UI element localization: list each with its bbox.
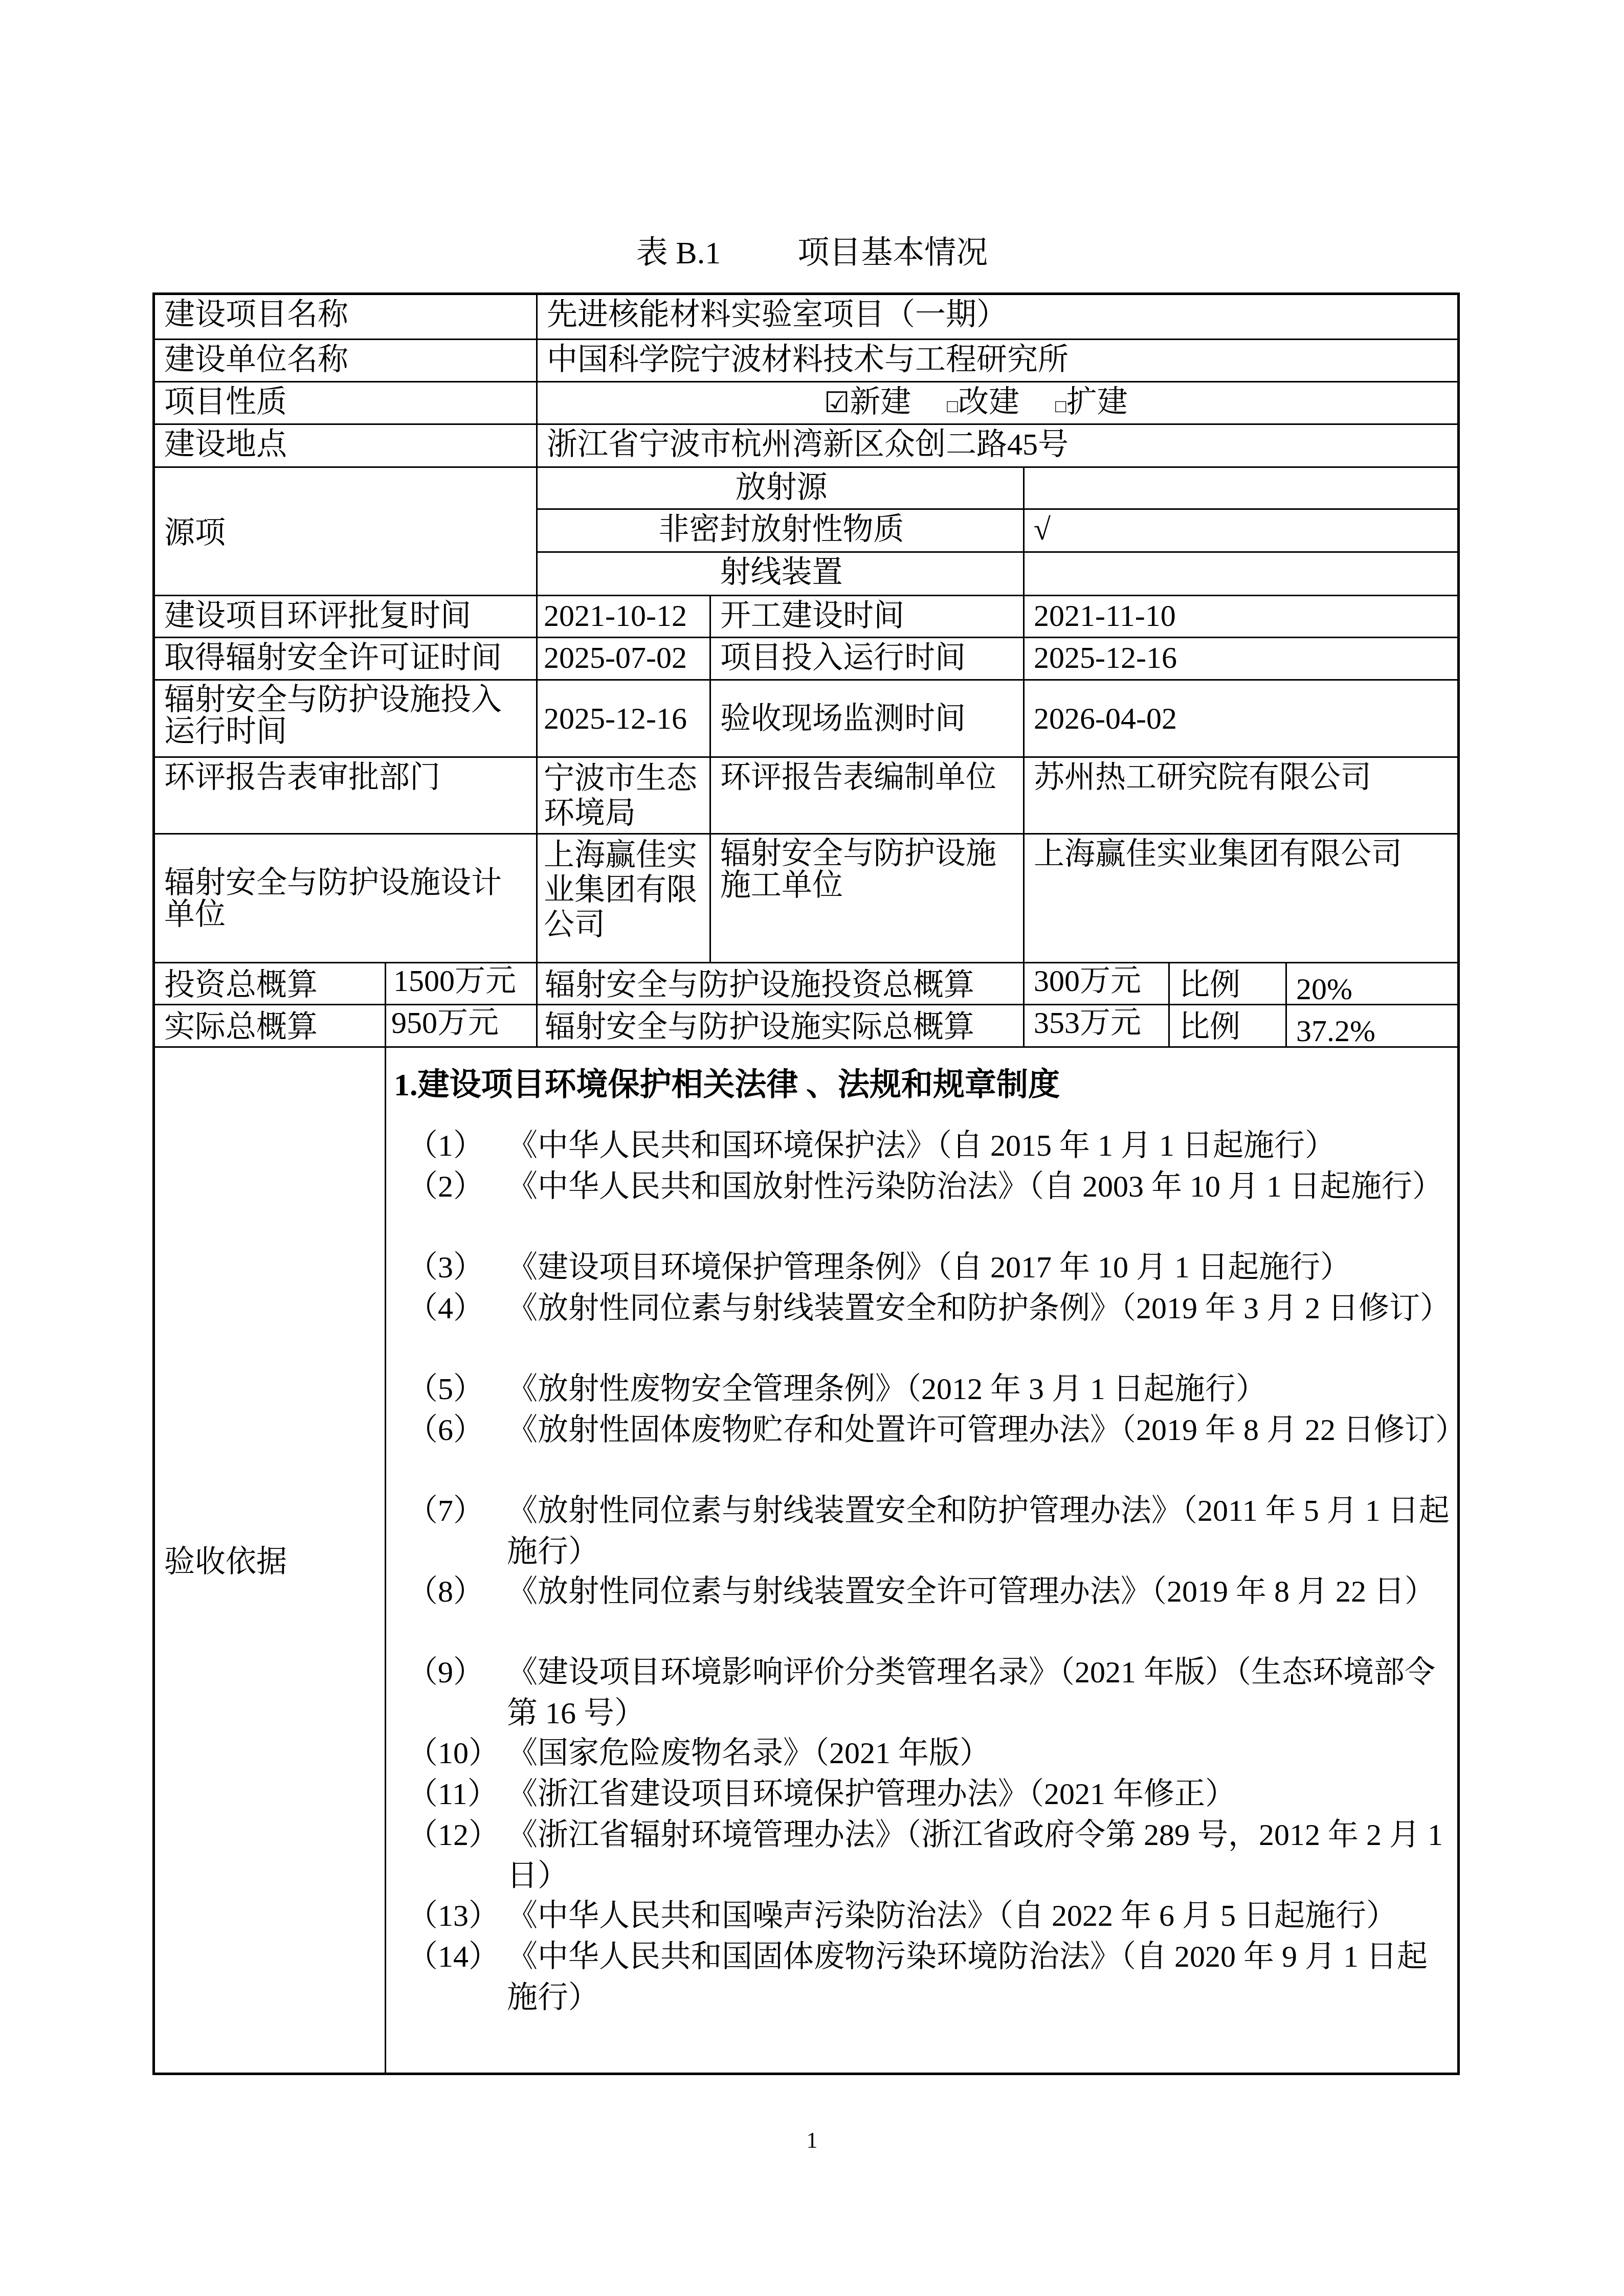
label-acceptance-basis: 验收依据 xyxy=(155,1048,385,2075)
list-item: （1）《中华人民共和国环境保护法》（自 2015 年 1 月 1 日起施行） xyxy=(407,1125,1456,1166)
source-mark-unsealed: √ xyxy=(1025,510,1460,551)
value-eia-compiler: 苏州热工研究院有限公司 xyxy=(1025,758,1460,833)
label-license-date: 取得辐射安全许可证时间 xyxy=(155,638,536,679)
label-monitoring-date: 验收现场监测时间 xyxy=(711,681,1023,756)
list-item: （9）《建设项目环境影响评价分类管理名录》（2021 年版）（生态环境部令第 1… xyxy=(407,1652,1456,1734)
label-unit-name: 建设单位名称 xyxy=(155,340,536,381)
label-invest-actual: 实际总概算 xyxy=(155,1005,385,1046)
label-project-name: 建设项目名称 xyxy=(155,295,536,339)
empty-box-icon: □ xyxy=(1055,396,1066,416)
label-ratio-plan: 比例 xyxy=(1170,963,1285,1004)
value-ratio-plan: 20% xyxy=(1287,963,1460,1004)
value-safety-invest-plan: 300万元 xyxy=(1025,963,1168,1004)
label-safety-invest-actual: 辐射安全与防护设施实际总概算 xyxy=(538,1005,1023,1046)
value-safety-invest-actual: 353万元 xyxy=(1025,1005,1168,1046)
nature-option-rebuild[interactable]: □改建 xyxy=(947,385,1019,419)
value-construction-start: 2021-11-10 xyxy=(1025,596,1460,637)
label-design-unit: 辐射安全与防护设施设计单位 xyxy=(155,835,536,962)
nature-option-new[interactable]: ☑新建 xyxy=(824,385,911,419)
value-design-unit: 上海赢佳实业集团有限公司 xyxy=(538,835,709,962)
list-item: （5）《放射性废物安全管理条例》（2012 年 3 月 1 日起施行） xyxy=(407,1368,1456,1409)
empty-box-icon: □ xyxy=(947,396,958,416)
list-item: （6）《放射性固体废物贮存和处置许可管理办法》（2019 年 8 月 22 日修… xyxy=(407,1409,1456,1450)
checked-box-icon: ☑ xyxy=(824,387,850,419)
value-ratio-actual: 37.2% xyxy=(1287,1005,1460,1046)
label-construction-unit: 辐射安全与防护设施施工单位 xyxy=(711,835,1023,962)
value-license-date: 2025-07-02 xyxy=(538,638,709,679)
label-invest-plan: 投资总概算 xyxy=(155,963,385,1004)
label-facility-operation-date: 辐射安全与防护设施投入运行时间 xyxy=(155,681,536,756)
value-invest-plan: 1500万元 xyxy=(386,963,536,1004)
source-item-unsealed: 非密封放射性物质 xyxy=(538,510,1023,551)
nature-option-expand[interactable]: □扩建 xyxy=(1055,385,1128,419)
list-item: （13）《中华人民共和国噪声污染防治法》（自 2022 年 6 月 5 日起施行… xyxy=(407,1895,1456,1936)
list-item: （14）《中华人民共和国固体废物污染环境防治法》（自 2020 年 9 月 1 … xyxy=(407,1936,1456,2018)
list-item: （3）《建设项目环境保护管理条例》（自 2017 年 10 月 1 日起施行） xyxy=(407,1247,1456,1288)
list-item: （4）《放射性同位素与射线装置安全和防护条例》（2019 年 3 月 2 日修订… xyxy=(407,1288,1456,1329)
value-location: 浙江省宁波市杭州湾新区众创二路45号 xyxy=(538,425,1460,466)
list-item: （12）《浙江省辐射环境管理办法》（浙江省政府令第 289 号，2012 年 2… xyxy=(407,1814,1456,1896)
value-eia-approval-date: 2021-10-12 xyxy=(538,596,709,637)
basis-heading: 1.建设项目环境保护相关法律 、法规和规章制度 xyxy=(394,1065,1060,1106)
value-unit-name: 中国科学院宁波材料技术与工程研究所 xyxy=(538,340,1460,381)
table-title: 表 B.1项目基本情况 xyxy=(0,233,1624,274)
value-facility-operation-date: 2025-12-16 xyxy=(538,681,709,756)
source-item-ray-device: 射线装置 xyxy=(538,553,1023,595)
list-item: （2）《中华人民共和国放射性污染防治法》（自 2003 年 10 月 1 日起施… xyxy=(407,1166,1456,1207)
page-number: 1 xyxy=(0,2127,1624,2153)
label-eia-approval-date: 建设项目环评批复时间 xyxy=(155,596,536,637)
label-source: 源项 xyxy=(155,468,536,595)
value-construction-unit: 上海赢佳实业集团有限公司 xyxy=(1025,835,1460,962)
label-nature: 项目性质 xyxy=(155,382,536,423)
col-divider xyxy=(385,962,386,2075)
list-item: （10）《国家危险废物名录》（2021 年版） xyxy=(407,1732,1456,1773)
label-eia-approval-dept: 环评报告表审批部门 xyxy=(155,758,536,833)
label-operation-date: 项目投入运行时间 xyxy=(711,638,1023,679)
table-name: 项目基本情况 xyxy=(797,236,988,271)
value-operation-date: 2025-12-16 xyxy=(1025,638,1460,679)
label-location: 建设地点 xyxy=(155,425,536,466)
nature-options: ☑新建 □改建 □扩建 xyxy=(538,382,1460,423)
label-ratio-actual: 比例 xyxy=(1170,1005,1285,1046)
value-project-name: 先进核能材料实验室项目（一期） xyxy=(538,295,1460,339)
source-item-sealed: 放射源 xyxy=(538,468,1023,508)
label-safety-invest-plan: 辐射安全与防护设施投资总概算 xyxy=(538,963,1023,1004)
source-mark-ray-device xyxy=(1025,553,1460,595)
table-number: 表 B.1 xyxy=(636,236,721,271)
list-item: （8）《放射性同位素与射线装置安全许可管理办法》（2019 年 8 月 22 日… xyxy=(407,1571,1456,1612)
list-item: （7）《放射性同位素与射线装置安全和防护管理办法》（2011 年 5 月 1 日… xyxy=(407,1490,1456,1572)
label-eia-compiler: 环评报告表编制单位 xyxy=(711,758,1023,833)
value-monitoring-date: 2026-04-02 xyxy=(1025,681,1460,756)
list-item: （11）《浙江省建设项目环境保护管理办法》（2021 年修正） xyxy=(407,1773,1456,1814)
project-info-table: 建设项目名称 先进核能材料实验室项目（一期） 建设单位名称 中国科学院宁波材料技… xyxy=(152,292,1460,2075)
value-invest-actual: 950万元 xyxy=(386,1005,536,1046)
source-mark-sealed xyxy=(1025,468,1460,508)
label-construction-start: 开工建设时间 xyxy=(711,596,1023,637)
value-eia-approval-dept: 宁波市生态环境局 xyxy=(538,758,709,833)
